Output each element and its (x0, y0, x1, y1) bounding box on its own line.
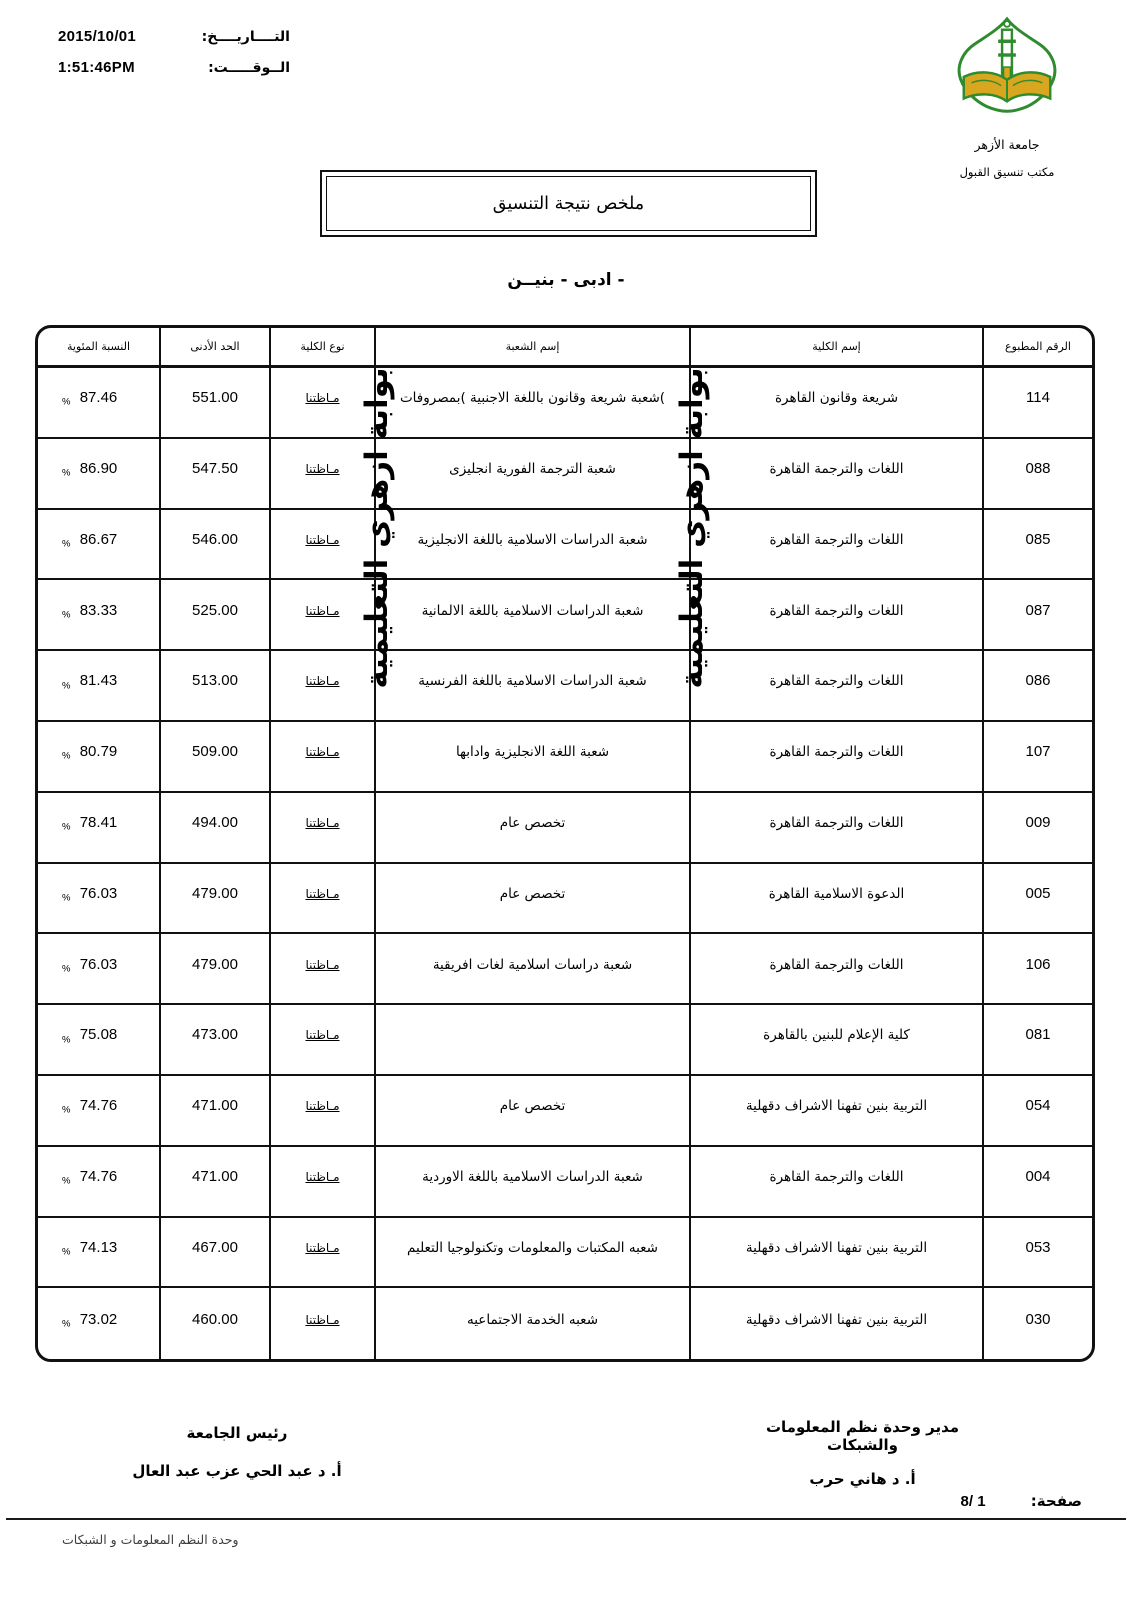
percent-sign: % (62, 468, 70, 481)
table-row: 030 التربية بنين تفهنا الاشراف دقهلية شع… (38, 1288, 1092, 1359)
percent-sign: % (62, 751, 70, 764)
cell-college-name: اللغات والترجمة القاهرة (689, 510, 982, 581)
cell-college-name: الدعوة الاسلامية القاهرة (689, 864, 982, 935)
cell-printed-number: 004 (982, 1147, 1092, 1218)
report-title-inner-border: ملخص نتيجة التنسيق (326, 176, 811, 231)
cell-college-type: مـاظتنا (269, 934, 374, 1005)
azhar-university-logo-icon (948, 14, 1066, 126)
signature-name-university-president: أ. د عبد الحي عزب عبد العال (108, 1462, 366, 1480)
cell-printed-number: 106 (982, 934, 1092, 1005)
cell-college-name: اللغات والترجمة القاهرة (689, 722, 982, 793)
cell-percentage: % 76.03 (38, 934, 159, 1005)
column-header-college-type: نوع الكلية (269, 328, 374, 368)
admissions-office-name: مكتب تنسيق القبول (946, 165, 1068, 179)
cell-college-type: مـاظتنا (269, 651, 374, 722)
cell-branch-name: تخصص عام (374, 864, 689, 935)
percentage-value: 75.08 (80, 1025, 118, 1045)
university-name: جامعة الأزهر (946, 137, 1068, 152)
cell-printed-number: 085 (982, 510, 1092, 581)
footer-unit-name: وحدة النظم المعلومات و الشبكات (62, 1532, 239, 1547)
signature-block-it-director: مدير وحدة نظم المعلومات والشبكات أ. د ها… (735, 1418, 990, 1488)
report-page: 2015/10/01 التــــاريــــخ: 1:51:46PM ال… (0, 0, 1132, 1600)
cell-printed-number: 086 (982, 651, 1092, 722)
table-row: 053 التربية بنين تفهنا الاشراف دقهلية شع… (38, 1218, 1092, 1289)
cell-percentage: % 81.43 (38, 651, 159, 722)
cell-minimum-score: 479.00 (159, 864, 269, 935)
percentage-value: 76.03 (80, 884, 118, 904)
cell-branch-name: شعبة الدراسات الاسلامية باللغة الانجليزي… (374, 510, 689, 581)
cell-branch-name: شعبة دراسات اسلامية لغات افريقية (374, 934, 689, 1005)
cell-printed-number: 005 (982, 864, 1092, 935)
college-type-text: مـاظتنا (305, 1312, 339, 1328)
cell-college-type: مـاظتنا (269, 1218, 374, 1289)
cell-printed-number: 054 (982, 1076, 1092, 1147)
table-row: 085 اللغات والترجمة القاهرة شعبة الدراسا… (38, 510, 1092, 581)
cell-college-type: مـاظتنا (269, 722, 374, 793)
percentage-value: 87.46 (80, 388, 118, 408)
percent-sign: % (62, 893, 70, 906)
cell-college-name: اللغات والترجمة القاهرة (689, 651, 982, 722)
signature-name-it-director: أ. د هاني حرب (735, 1470, 990, 1488)
cell-branch-name: شعبة الدراسات الاسلامية باللغة الفرنسية (374, 651, 689, 722)
cell-college-type: مـاظتنا (269, 793, 374, 864)
cell-printed-number: 030 (982, 1288, 1092, 1359)
cell-branch-name (374, 1005, 689, 1076)
cell-minimum-score: 546.00 (159, 510, 269, 581)
college-type-text: مـاظتنا (305, 1098, 339, 1114)
cell-percentage: % 86.67 (38, 510, 159, 581)
percent-sign: % (62, 680, 70, 693)
column-header-branch-name: إسم الشعبة (374, 328, 689, 368)
cell-college-type: مـاظتنا (269, 1288, 374, 1359)
percent-sign: % (62, 1318, 70, 1331)
cell-branch-name: شعبه الخدمة الاجتماعيه (374, 1288, 689, 1359)
cell-percentage: % 74.76 (38, 1147, 159, 1218)
cell-college-name: التربية بنين تفهنا الاشراف دقهلية (689, 1218, 982, 1289)
cell-percentage: % 73.02 (38, 1288, 159, 1359)
cell-percentage: % 75.08 (38, 1005, 159, 1076)
percent-sign: % (62, 539, 70, 552)
table-row: 081 كلية الإعلام للبنين بالقاهرة مـاظتنا… (38, 1005, 1092, 1076)
cell-branch-name: تخصص عام (374, 1076, 689, 1147)
page-number-label: صفحة: (1031, 1492, 1082, 1510)
table-body: 114 شريعة وقانون القاهرة )شعبة شريعة وقا… (38, 368, 1092, 1359)
cell-minimum-score: 509.00 (159, 722, 269, 793)
percent-sign: % (62, 963, 70, 976)
signature-block-university-president: رئيس الجامعة أ. د عبد الحي عزب عبد العال (108, 1424, 366, 1480)
table-row: 114 شريعة وقانون القاهرة )شعبة شريعة وقا… (38, 368, 1092, 439)
cell-college-type: مـاظتنا (269, 864, 374, 935)
signature-title-university-president: رئيس الجامعة (108, 1424, 366, 1442)
table-row: 054 التربية بنين تفهنا الاشراف دقهلية تخ… (38, 1076, 1092, 1147)
percentage-value: 74.76 (80, 1167, 118, 1187)
time-label: الــوقـــــت: (208, 60, 290, 76)
cell-branch-name: )شعبة شريعة وقانون باللغة الاجنبية )بمصر… (374, 368, 689, 439)
cell-percentage: % 76.03 (38, 864, 159, 935)
cell-percentage: % 86.90 (38, 439, 159, 510)
signature-title-it-director: مدير وحدة نظم المعلومات والشبكات (735, 1418, 990, 1454)
page-number-value: 1 /8 (961, 1493, 986, 1510)
percentage-value: 74.76 (80, 1096, 118, 1116)
college-type-text: مـاظتنا (305, 1169, 339, 1185)
cell-printed-number: 114 (982, 368, 1092, 439)
percentage-value: 76.03 (80, 955, 118, 975)
footer-divider (6, 1518, 1126, 1520)
column-header-printed-number: الرقم المطبوع (982, 328, 1092, 368)
college-type-text: مـاظتنا (305, 673, 339, 689)
cell-minimum-score: 467.00 (159, 1218, 269, 1289)
report-title-box: ملخص نتيجة التنسيق (320, 170, 817, 237)
college-type-text: مـاظتنا (305, 744, 339, 760)
percentage-value: 86.67 (80, 530, 118, 550)
results-table: الرقم المطبوع إسم الكلية إسم الشعبة نوع … (35, 325, 1095, 1362)
college-type-text: مـاظتنا (305, 603, 339, 619)
cell-college-type: مـاظتنا (269, 1005, 374, 1076)
percent-sign: % (62, 1105, 70, 1118)
cell-college-name: شريعة وقانون القاهرة (689, 368, 982, 439)
college-type-text: مـاظتنا (305, 957, 339, 973)
cell-percentage: % 74.13 (38, 1218, 159, 1289)
cell-percentage: % 74.76 (38, 1076, 159, 1147)
cell-minimum-score: 479.00 (159, 934, 269, 1005)
cell-minimum-score: 513.00 (159, 651, 269, 722)
cell-minimum-score: 547.50 (159, 439, 269, 510)
college-type-text: مـاظتنا (305, 886, 339, 902)
cell-college-type: مـاظتنا (269, 1076, 374, 1147)
cell-college-type: مـاظتنا (269, 439, 374, 510)
table-row: 005 الدعوة الاسلامية القاهرة تخصص عام مـ… (38, 864, 1092, 935)
college-type-text: مـاظتنا (305, 390, 339, 406)
cell-minimum-score: 494.00 (159, 793, 269, 864)
cell-minimum-score: 471.00 (159, 1076, 269, 1147)
cell-printed-number: 009 (982, 793, 1092, 864)
cell-branch-name: شعبة الدراسات الاسلامية باللغة الالمانية (374, 580, 689, 651)
cell-college-name: اللغات والترجمة القاهرة (689, 580, 982, 651)
table-header-row: الرقم المطبوع إسم الكلية إسم الشعبة نوع … (38, 328, 1092, 368)
cell-college-name: التربية بنين تفهنا الاشراف دقهلية (689, 1288, 982, 1359)
page-number: صفحة: 1 /8 (961, 1492, 1082, 1510)
cell-college-type: مـاظتنا (269, 580, 374, 651)
cell-college-name: كلية الإعلام للبنين بالقاهرة (689, 1005, 982, 1076)
date-time-block: 2015/10/01 التــــاريــــخ: 1:51:46PM ال… (58, 28, 290, 90)
percentage-value: 80.79 (80, 742, 118, 762)
percent-sign: % (62, 1176, 70, 1189)
column-header-minimum-score: الحد الأدنى (159, 328, 269, 368)
college-type-text: مـاظتنا (305, 1027, 339, 1043)
cell-percentage: % 87.46 (38, 368, 159, 439)
college-type-text: مـاظتنا (305, 461, 339, 477)
cell-percentage: % 78.41 (38, 793, 159, 864)
table-row: 086 اللغات والترجمة القاهرة شعبة الدراسا… (38, 651, 1092, 722)
table-row: 088 اللغات والترجمة القاهرة شعبة الترجمة… (38, 439, 1092, 510)
cell-percentage: % 83.33 (38, 580, 159, 651)
college-type-text: مـاظتنا (305, 1240, 339, 1256)
table-row: 107 اللغات والترجمة القاهرة شعبة اللغة ا… (38, 722, 1092, 793)
college-type-text: مـاظتنا (305, 532, 339, 548)
cell-minimum-score: 460.00 (159, 1288, 269, 1359)
cell-college-type: مـاظتنا (269, 1147, 374, 1218)
percentage-value: 83.33 (80, 601, 118, 621)
cell-college-name: اللغات والترجمة القاهرة (689, 439, 982, 510)
cell-branch-name: شعبة الترجمة الفورية انجليزى (374, 439, 689, 510)
time-row: 1:51:46PM الــوقـــــت: (58, 59, 290, 76)
percentage-value: 86.90 (80, 459, 118, 479)
cell-minimum-score: 473.00 (159, 1005, 269, 1076)
percentage-value: 81.43 (80, 671, 118, 691)
time-value: 1:51:46PM (58, 59, 135, 76)
percent-sign: % (62, 1247, 70, 1260)
cell-minimum-score: 525.00 (159, 580, 269, 651)
table-row: 004 اللغات والترجمة القاهرة شعبة الدراسا… (38, 1147, 1092, 1218)
table-row: 009 اللغات والترجمة القاهرة تخصص عام مـا… (38, 793, 1092, 864)
cell-college-name: اللغات والترجمة القاهرة (689, 934, 982, 1005)
cell-printed-number: 053 (982, 1218, 1092, 1289)
cell-college-type: مـاظتنا (269, 368, 374, 439)
cell-printed-number: 087 (982, 580, 1092, 651)
cell-printed-number: 107 (982, 722, 1092, 793)
cell-minimum-score: 551.00 (159, 368, 269, 439)
cell-percentage: % 80.79 (38, 722, 159, 793)
percentage-value: 74.13 (80, 1238, 118, 1258)
table-row: 106 اللغات والترجمة القاهرة شعبة دراسات … (38, 934, 1092, 1005)
cell-branch-name: شعبة اللغة الانجليزية وادابها (374, 722, 689, 793)
column-header-college-name: إسم الكلية (689, 328, 982, 368)
cell-branch-name: تخصص عام (374, 793, 689, 864)
percentage-value: 73.02 (80, 1310, 118, 1330)
percent-sign: % (62, 1034, 70, 1047)
cell-college-type: مـاظتنا (269, 510, 374, 581)
cell-college-name: اللغات والترجمة القاهرة (689, 793, 982, 864)
logo-block: جامعة الأزهر مكتب تنسيق القبول (946, 14, 1068, 179)
cell-branch-name: شعبه المكتبات والمعلومات وتكنولوجيا التع… (374, 1218, 689, 1289)
date-label: التــــاريــــخ: (202, 29, 290, 45)
report-title: ملخص نتيجة التنسيق (493, 194, 644, 214)
percent-sign: % (62, 397, 70, 410)
date-value: 2015/10/01 (58, 28, 136, 45)
percent-sign: % (62, 822, 70, 835)
table-row: 087 اللغات والترجمة القاهرة شعبة الدراسا… (38, 580, 1092, 651)
college-type-text: مـاظتنا (305, 815, 339, 831)
report-subtitle: - ادبى - بنيــن (0, 270, 1132, 290)
column-header-percentage: النسبة المئوية (38, 328, 159, 368)
cell-branch-name: شعبة الدراسات الاسلامية باللغة الاوردية (374, 1147, 689, 1218)
date-row: 2015/10/01 التــــاريــــخ: (58, 28, 290, 45)
percent-sign: % (62, 609, 70, 622)
cell-college-name: التربية بنين تفهنا الاشراف دقهلية (689, 1076, 982, 1147)
cell-college-name: اللغات والترجمة القاهرة (689, 1147, 982, 1218)
percentage-value: 78.41 (80, 813, 118, 833)
cell-minimum-score: 471.00 (159, 1147, 269, 1218)
cell-printed-number: 081 (982, 1005, 1092, 1076)
cell-printed-number: 088 (982, 439, 1092, 510)
